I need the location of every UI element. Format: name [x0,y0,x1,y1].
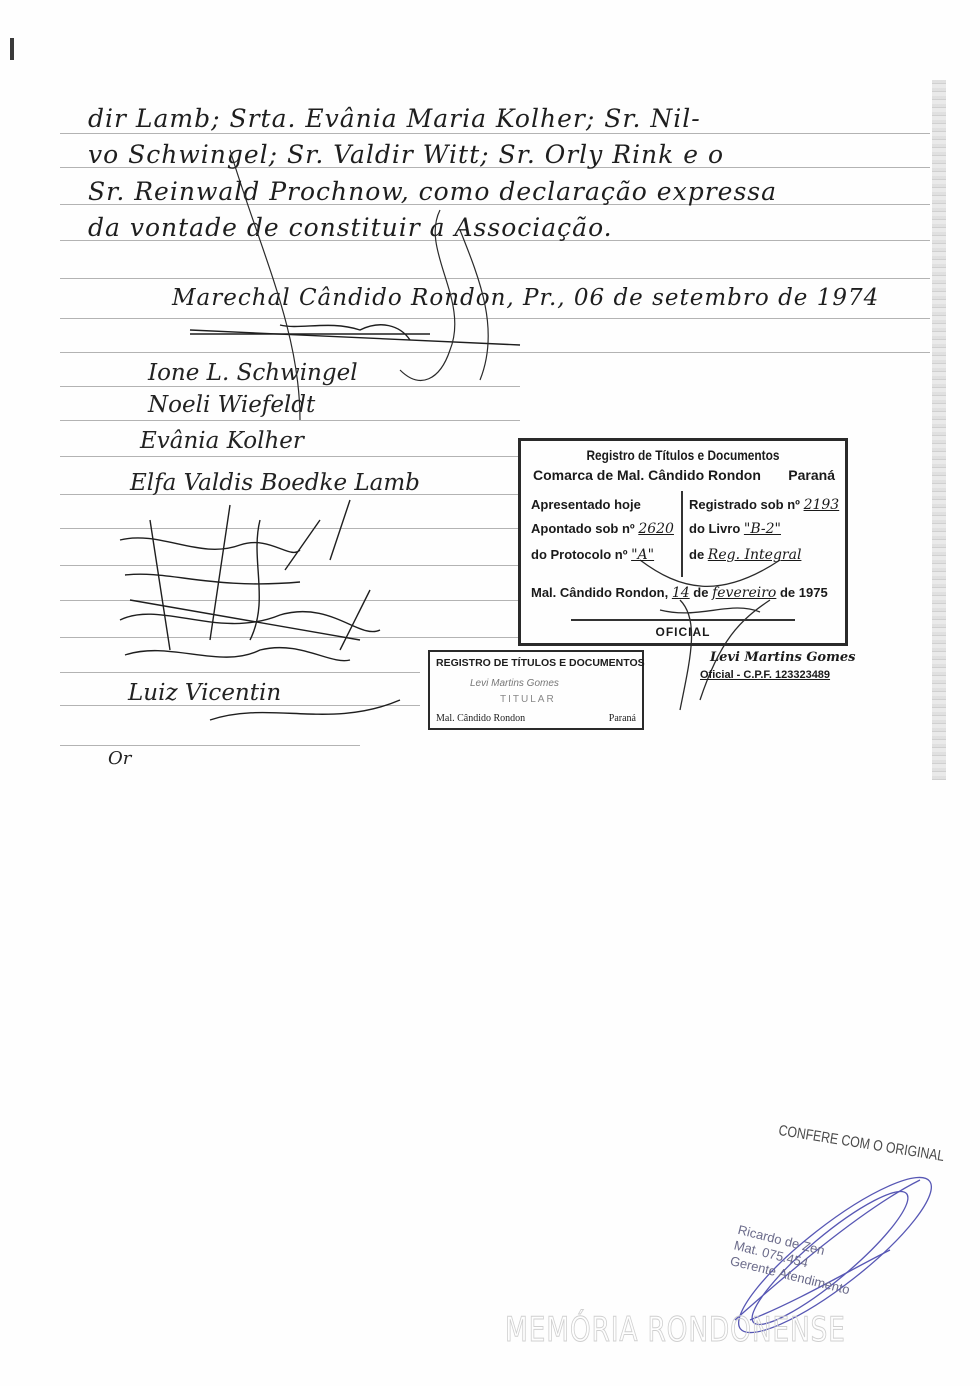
registry-stamp-comarca-row: Comarca de Mal. Cândido Rondon Paraná [533,467,835,483]
officer-block: Levi Martins Gomes Oficial - C.P.F. 1233… [700,650,855,681]
stamp-livro-value: "B-2" [744,521,781,537]
handwritten-line-2: vo Schwingel; Sr. Valdir Witt; Sr. Orly … [88,140,724,169]
small-stamp-signature: Levi Martins Gomes [470,678,559,689]
officer-cpf: Oficial - C.P.F. 123323489 [700,669,855,681]
place-date-line: Marechal Cândido Rondon, Pr., 06 de sete… [172,285,879,311]
stamp-date-month: fevereiro [712,585,776,601]
stamp-officer-label: OFICIAL [521,625,845,639]
small-registry-stamp: REGISTRO DE TÍTULOS E DOCUMENTOS Levi Ma… [428,650,644,730]
small-stamp-city: Mal. Cândido Rondon [436,713,525,724]
stamp-livro-row: do Livro "B-2" [689,521,781,537]
registry-stamp-title: Registro de Títulos e Documentos [545,447,820,463]
stamp-presented-label: Apresentado hoje [531,497,641,512]
stamp-date-label: Mal. Cândido Rondon, [531,585,668,600]
document-page: dir Lamb; Srta. Evânia Maria Kolher; Sr.… [0,0,980,1386]
stamp-reg-label: de [689,547,704,562]
registry-stamp-state: Paraná [788,467,835,483]
stamp-date-row: Mal. Cândido Rondon, 14 de fevereiro de … [531,585,828,601]
handwritten-line-3: Sr. Reinwald Prochnow, como declaração e… [88,177,777,206]
stamp-apontado-value: 2620 [638,521,674,537]
stamp-reg-value: Reg. Integral [708,547,802,563]
stamp-reg-row: de Reg. Integral [689,547,801,563]
signature-1: Ione L. Schwingel [148,360,358,386]
stamp-apontado-label: Apontado sob nº [531,521,635,536]
scan-edge-mark [10,38,14,60]
small-stamp-footer: Mal. Cândido Rondon Paraná [436,713,636,724]
signature-2: Noeli Wiefeldt [148,392,315,418]
watermark: MEMÓRIA RONDONENSE [505,1310,846,1350]
officer-name: Levi Martins Gomes [710,650,855,665]
small-stamp-state: Paraná [609,713,636,724]
signature-5: Luiz Vicentin [128,680,281,706]
small-stamp-title: REGISTRO DE TÍTULOS E DOCUMENTOS [436,657,645,669]
registry-stamp-comarca: Comarca de Mal. Cândido Rondon [533,467,761,483]
stamp-column-divider [681,491,683,577]
stamp-apontado-row: Apontado sob nº 2620 [531,521,674,537]
stamp-date-year: de 1975 [780,585,828,600]
stamp-registrado-row: Registrado sob nº 2193 [689,497,839,513]
certification-block: Ricardo de Zen Mat. 075.454 Gerente Aten… [728,1222,859,1298]
stamp-registrado-label: Registrado sob nº [689,497,800,512]
stamp-date-day: 14 [672,585,690,601]
small-stamp-role: TITULAR [500,694,556,705]
signature-4: Elfa Valdis Boedke Lamb [130,470,420,496]
notebook-binding-edge [932,80,946,780]
officer-signature-line [571,619,795,621]
stamp-livro-label: do Livro [689,521,740,536]
registry-stamp: Registro de Títulos e Documentos Comarca… [518,438,848,646]
handwritten-line-4: da vontade de constituir a Associação. [88,213,613,242]
stamp-protocolo-label: do Protocolo nº [531,547,627,562]
stamp-protocolo-value: "A" [631,547,654,563]
stamp-registrado-value: 2193 [804,497,840,513]
confere-original-stamp: CONFERE COM O ORIGINAL [777,1122,945,1165]
trailing-mark: Or [108,748,131,769]
stamp-date-mid: de [693,585,708,600]
stamp-protocolo-row: do Protocolo nº "A" [531,547,654,563]
signature-3: Evânia Kolher [140,428,304,454]
handwritten-line-1: dir Lamb; Srta. Evânia Maria Kolher; Sr.… [88,104,701,133]
